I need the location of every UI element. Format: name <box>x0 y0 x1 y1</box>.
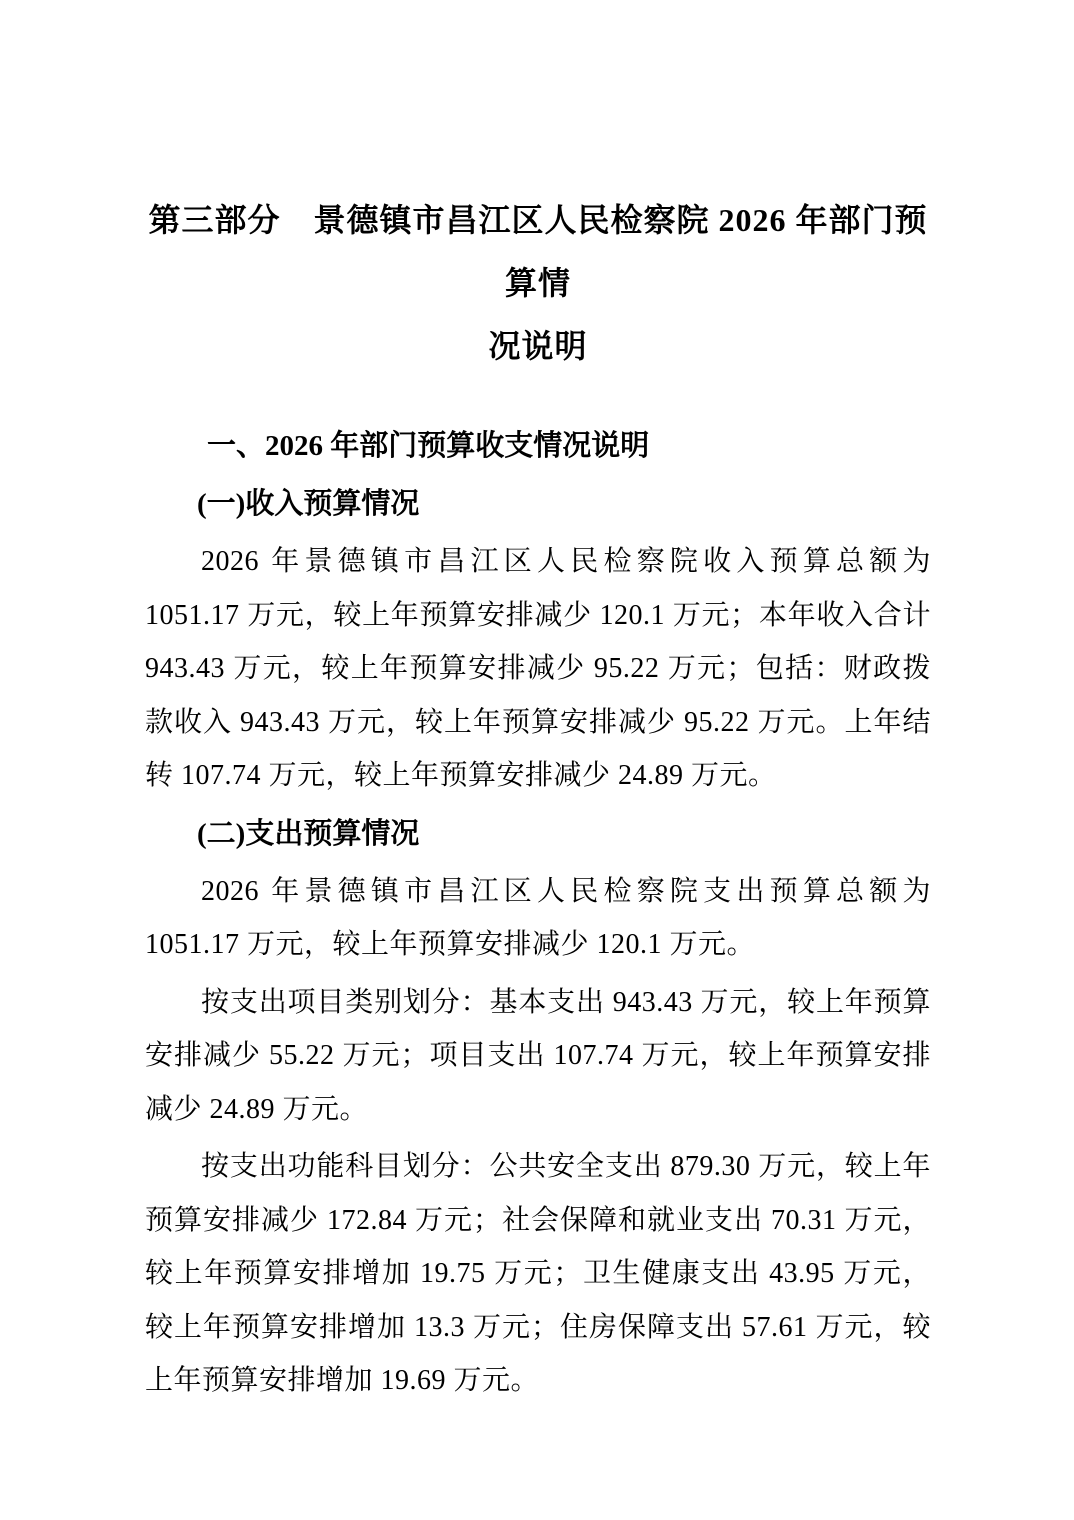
document-content: 第三部分 景德镇市昌江区人民检察院 2026 年部门预算情 况说明 一、2026… <box>145 189 931 1408</box>
paragraph-expenditure-by-function: 按支出功能科目划分：公共安全支出 879.30 万元，较上年预算安排减少 172… <box>145 1140 931 1408</box>
document-title: 第三部分 景德镇市昌江区人民检察院 2026 年部门预算情 况说明 <box>145 189 931 378</box>
paragraph-expenditure-by-category: 按支出项目类别划分：基本支出 943.43 万元，较上年预算安排减少 55.22… <box>145 976 931 1137</box>
subsection-heading-expenditure: (二)支出预算情况 <box>145 807 931 861</box>
paragraph-income-budget: 2026 年景德镇市昌江区人民检察院收入预算总额为 1051.17 万元，较上年… <box>145 535 931 803</box>
subsection-heading-income: (一)收入预算情况 <box>145 477 931 531</box>
paragraph-expenditure-total: 2026 年景德镇市昌江区人民检察院支出预算总额为 1051.17 万元，较上年… <box>145 865 931 972</box>
section-heading-income-expenditure: 一、2026 年部门预算收支情况说明 <box>145 419 931 473</box>
document-title-line1: 第三部分 景德镇市昌江区人民检察院 2026 年部门预算情 <box>145 189 931 315</box>
document-page: 第三部分 景德镇市昌江区人民检察院 2026 年部门预算情 况说明 一、2026… <box>0 0 1074 1520</box>
document-title-line2: 况说明 <box>145 315 931 378</box>
